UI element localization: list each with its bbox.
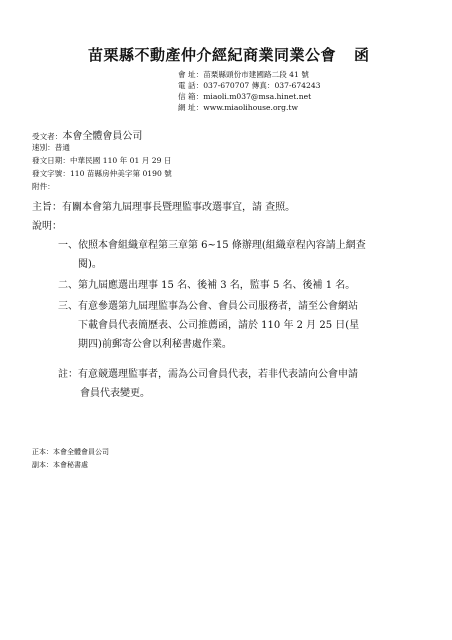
explanation-label: 說明： — [32, 217, 62, 232]
note: 註：有意競選理監事者，需為公司會員代表，若非代表請向公會申請 會員代表變更。 — [58, 365, 358, 403]
contact-website: 網 址：www.miaolihouse.org.tw — [178, 103, 298, 114]
item-1: 一、依照本會組織章程第三章第 6~15 條辦理(組織章程內容請上網查 閱)。 — [58, 236, 366, 274]
letterhead-title: 苗栗縣不動產仲介經紀商業同業公會函 — [88, 44, 370, 65]
subject: 主旨：有關本會第九屆理事長暨理監事改選事宜，請 查照。 — [32, 198, 295, 213]
contact-address: 會 址：苗栗縣頭份市建國路二段 41 號 — [178, 70, 309, 81]
doc-type: 函 — [354, 46, 370, 64]
item-3: 三、有意參選第九屆理監事為公會、會員公司服務者，請至公會網站 下載會員代表簡歷表… — [58, 297, 359, 354]
carbon-copy: 副本：本會秘書處 — [32, 460, 88, 470]
recipient: 受文者：本會全體會員公司 — [32, 127, 142, 142]
contact-email: 信 箱：miaoli.m037@msa.hinet.net — [178, 92, 311, 103]
org-name: 苗栗縣不動產仲介經紀商業同業公會 — [88, 46, 336, 64]
contact-phone: 電 話：037-670707 傳真：037-674243 — [178, 81, 321, 92]
attachment: 附件： — [32, 181, 55, 192]
speed: 速別：普通 — [32, 142, 70, 153]
doc-number: 發文字號：110 苗縣房仲美字第 0190 號 — [32, 168, 172, 179]
original-copy: 正本：本會全體會員公司 — [32, 447, 109, 457]
item-2: 二、第九屆應選出理事 15 名、後補 3 名，監事 5 名、後補 1 名。 — [58, 276, 355, 295]
issue-date: 發文日期：中華民國 110 年 01 月 29 日 — [32, 155, 171, 166]
